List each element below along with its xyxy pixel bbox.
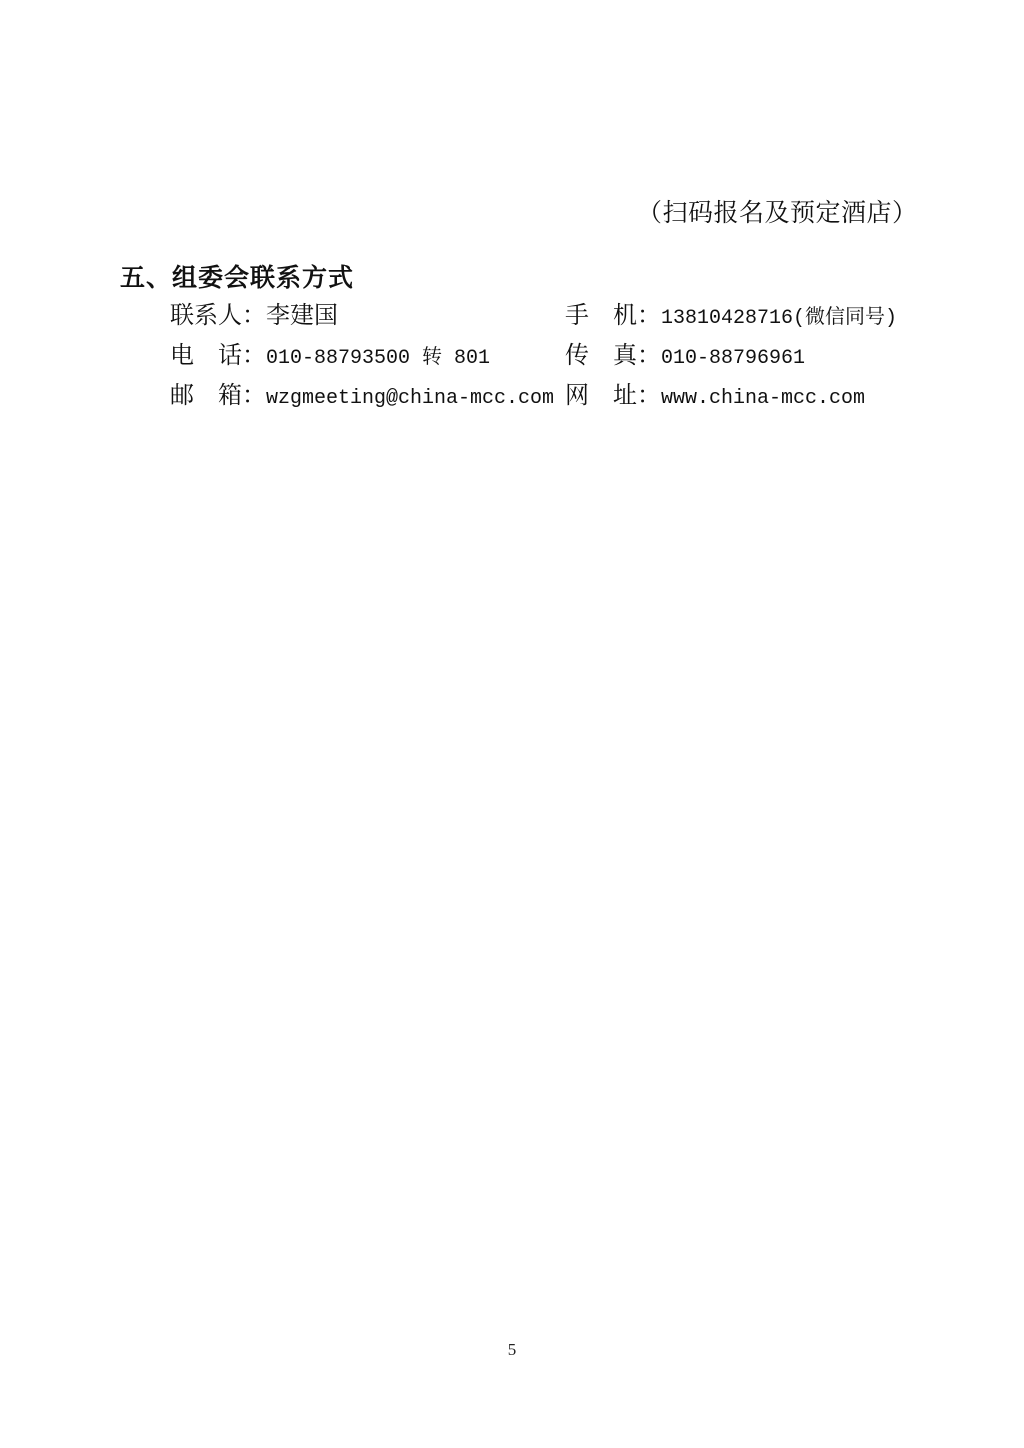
mobile: 手 机：13810428716(微信同号) (565, 296, 950, 339)
document-page: （扫码报名及预定酒店） 五、组委会联系方式 联系人：李建国 手 机：138104… (0, 0, 1024, 1448)
phone: 电 话：010-88793500 转 801 (170, 336, 565, 379)
phone-value: 010-88793500 转 801 (266, 347, 490, 370)
contact-row: 联系人：李建国 手 机：13810428716(微信同号) (170, 296, 950, 336)
qr-caption: （扫码报名及预定酒店） (637, 193, 918, 229)
email: 邮 箱：wzgmeeting@china-mcc.com (170, 376, 565, 419)
website: 网 址：www.china-mcc.com (565, 376, 950, 419)
website-value: www.china-mcc.com (661, 387, 865, 410)
contact-person-label: 联系人： (170, 303, 266, 329)
contact-person-value: 李建国 (266, 303, 338, 329)
fax: 传 真：010-88796961 (565, 336, 950, 379)
phone-label: 电 话： (170, 343, 266, 369)
website-label: 网 址： (565, 383, 661, 409)
email-value: wzgmeeting@china-mcc.com (266, 387, 554, 410)
mobile-value: 13810428716(微信同号) (661, 307, 897, 330)
contact-info: 联系人：李建国 手 机：13810428716(微信同号) 电 话：010-88… (170, 296, 950, 416)
contact-row: 邮 箱：wzgmeeting@china-mcc.com 网 址：www.chi… (170, 376, 950, 416)
page-number: 5 (0, 1340, 1024, 1360)
fax-label: 传 真： (565, 343, 661, 369)
fax-value: 010-88796961 (661, 347, 805, 370)
email-label: 邮 箱： (170, 383, 266, 409)
section-heading: 五、组委会联系方式 (120, 258, 354, 294)
contact-person: 联系人：李建国 (170, 296, 565, 339)
contact-row: 电 话：010-88793500 转 801 传 真：010-88796961 (170, 336, 950, 376)
mobile-label: 手 机： (565, 303, 661, 329)
